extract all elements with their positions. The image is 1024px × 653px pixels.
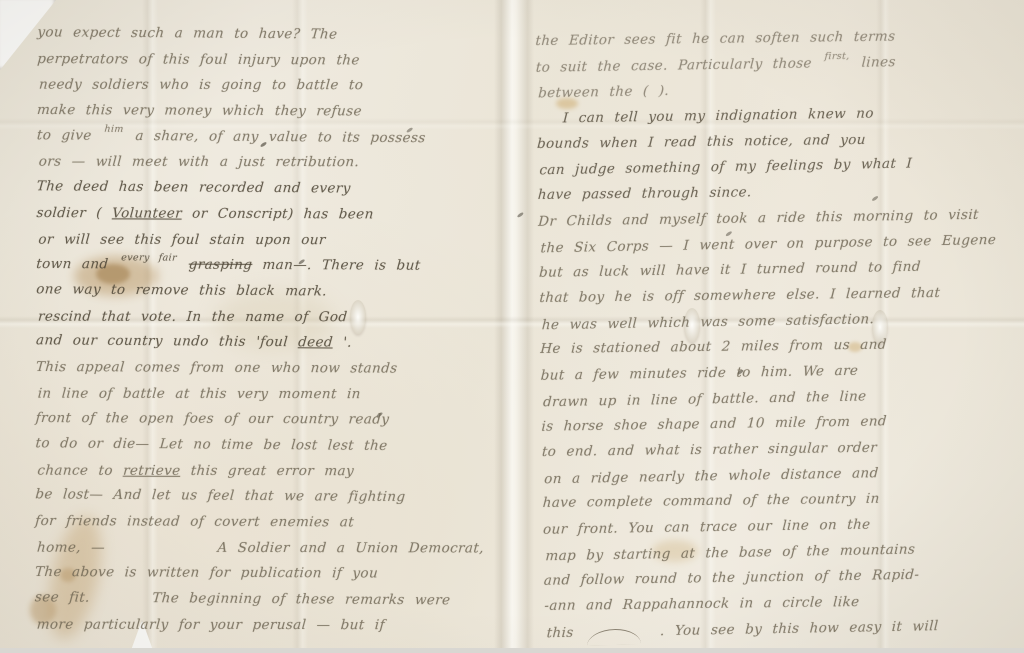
handwriting-line: and our country undo this 'foul deed '. (35, 329, 503, 358)
handwriting-text: '. (343, 335, 353, 351)
handwriting-text: more particularly for your perusal — but… (36, 616, 385, 633)
handwriting-text: our front. You can trace our line on the (543, 517, 871, 538)
handwriting-line: or will see this foul stain upon our (37, 227, 505, 253)
handwriting-text: one way to remove this black mark. (36, 281, 328, 299)
scanned-letter: you expect such a man to have? The perpe… (0, 0, 1024, 653)
handwriting-text: front of the open foes of our country re… (35, 410, 390, 428)
handwriting-line: for friends instead of covert enemies at (34, 509, 502, 537)
handwriting-line: The above is written for publication if … (34, 560, 502, 588)
handwriting-line: be lost— And let us feel that we are fig… (34, 483, 502, 512)
handwriting-text: . You see by this how easy it will (660, 618, 939, 639)
handwriting-text: this (546, 625, 574, 642)
drawn-arc (587, 628, 642, 645)
handwriting-line: to give him a share, of any value to its… (36, 123, 504, 152)
handwriting-line: needy soldiers who is going to battle to (38, 73, 506, 99)
handwriting-text: have passed through since. (537, 184, 752, 203)
handwriting-text: or Conscript) has been (192, 205, 375, 222)
handwriting-text: but a few minutes ride to him. We are (540, 363, 858, 384)
handwriting-text: between the ( ). (538, 83, 670, 101)
handwriting-text: -ann and Rappahannock in a circle like (544, 594, 860, 614)
handwriting-text: for friends instead of covert enemies at (35, 513, 355, 530)
handwriting-line: home, — A Soldier and a Union Democrat, (36, 535, 504, 561)
underlined-word: retrieve (123, 462, 182, 478)
handwriting-text: you expect such a man to have? The (37, 24, 338, 42)
handwriting-line: perpetrators of this foul injury upon th… (36, 47, 504, 75)
handwriting-text: The above is written for publication if … (34, 564, 378, 581)
handwriting-text: He is stationed about 2 miles from us an… (540, 337, 887, 357)
handwriting-text: drawn up in line of battle. and the line (543, 388, 867, 410)
letter-page-right: the Editor sees fit he can soften such t… (535, 22, 1019, 646)
handwriting-line: This appeal comes from one who now stand… (35, 355, 503, 383)
handwriting-text: to suit the case. Particularly those (535, 55, 812, 75)
underlined-word: Volunteer (112, 205, 183, 221)
handwriting-line: soldier ( Volunteer or Conscript) has be… (36, 201, 504, 229)
handwriting-line: more particularly for your perusal — but… (36, 612, 504, 638)
handwriting-text: on a ridge nearly the whole distance and (544, 465, 879, 487)
handwriting-text: soldier ( (36, 205, 103, 221)
handwriting-text: but as luck will have it I turned round … (539, 259, 922, 281)
handwriting-line: front of the open foes of our country re… (35, 406, 503, 434)
handwriting-text: to end. and what is rather singular orde… (541, 440, 877, 460)
handwriting-text: man—. There is but (262, 257, 421, 274)
handwriting-text: Dr Childs and myself took a ride this mo… (538, 207, 979, 230)
handwriting-line: to do or die— Let no time be lost lest t… (35, 431, 503, 460)
handwriting-text: be lost— And let us feel that we are fig… (35, 487, 406, 506)
inserted-word: first, (824, 43, 851, 69)
handwriting-text: home, — (36, 539, 105, 555)
scan-edge (0, 648, 1024, 653)
struck-word: grasping (188, 257, 253, 273)
handwriting-text: perpetrators of this foul injury upon th… (37, 51, 361, 68)
handwriting-text: ors — will meet with a just retribution. (38, 154, 360, 171)
handwriting-line: see fit. The beginning of these remarks … (34, 585, 502, 614)
handwriting-text: a share, of any value to its possess (135, 128, 426, 146)
handwriting-text: in line of battle at this very moment in (37, 385, 361, 402)
handwriting-text: bounds when I read this notice, and you (537, 132, 867, 152)
inserted-word: every fair (120, 246, 178, 272)
handwriting-line: rescind that vote. In the name of God (37, 304, 505, 330)
handwriting-text: map by starting at the base of the mount… (545, 541, 916, 564)
handwriting-line: The deed has been recorded and every (36, 174, 504, 203)
letter-page-left: you expect such a man to have? The perpe… (35, 21, 504, 640)
handwriting-text: this great error may (190, 463, 354, 479)
handwriting-text: A Soldier and a Union Democrat, (217, 540, 485, 556)
handwriting-line: chance to retrieve this great error may (36, 458, 504, 484)
handwriting-line: town and every fair grasping man—. There… (35, 252, 503, 280)
handwriting-text: chance to (37, 462, 124, 478)
handwriting-text: and follow round to the junction of the … (543, 567, 919, 589)
handwriting-text: see fit. (34, 589, 90, 605)
handwriting-text: The deed has been recorded and every (36, 178, 351, 196)
handwriting-text: The beginning of these remarks were (152, 590, 451, 608)
handwriting-text: This appeal comes from one who now stand… (35, 359, 398, 377)
handwriting-text: and our country undo this 'foul (35, 333, 298, 351)
handwriting-line: one way to remove this black mark. (35, 277, 503, 306)
handwriting-text: that boy he is off somewhere else. I lea… (539, 285, 941, 306)
underlined-word: deed (298, 334, 334, 350)
inserted-word: him (103, 117, 124, 143)
handwriting-text: to give (36, 127, 92, 143)
handwriting-text: is horse shoe shape and 10 mile from end (541, 414, 887, 435)
handwriting-line: ors — will meet with a just retribution. (38, 150, 506, 176)
handwriting-text: I can tell you my indignation knew no (562, 106, 874, 127)
handwriting-text: needy soldiers who is going to battle to (39, 77, 364, 94)
handwriting-text: he was well which was some satisfaction. (541, 311, 874, 333)
handwriting-line: you expect such a man to have? The (36, 20, 504, 49)
handwriting-text: rescind that vote. In the name of God (38, 308, 349, 325)
handwriting-text: to do or die— Let no time be lost lest t… (35, 435, 388, 454)
handwriting-text: town and (36, 256, 120, 272)
handwriting-line: in line of battle at this very moment in (37, 381, 505, 407)
handwriting-text: can judge something of my feelings by wh… (539, 156, 913, 179)
handwriting-text: lines (861, 54, 896, 71)
handwriting-text: or will see this foul stain upon our (38, 231, 326, 247)
handwriting-text: make this very money which they refuse (36, 102, 362, 119)
handwriting-text: the Six Corps — I went over on purpose t… (540, 231, 996, 255)
handwriting-text: have complete command of the country in (542, 491, 880, 511)
